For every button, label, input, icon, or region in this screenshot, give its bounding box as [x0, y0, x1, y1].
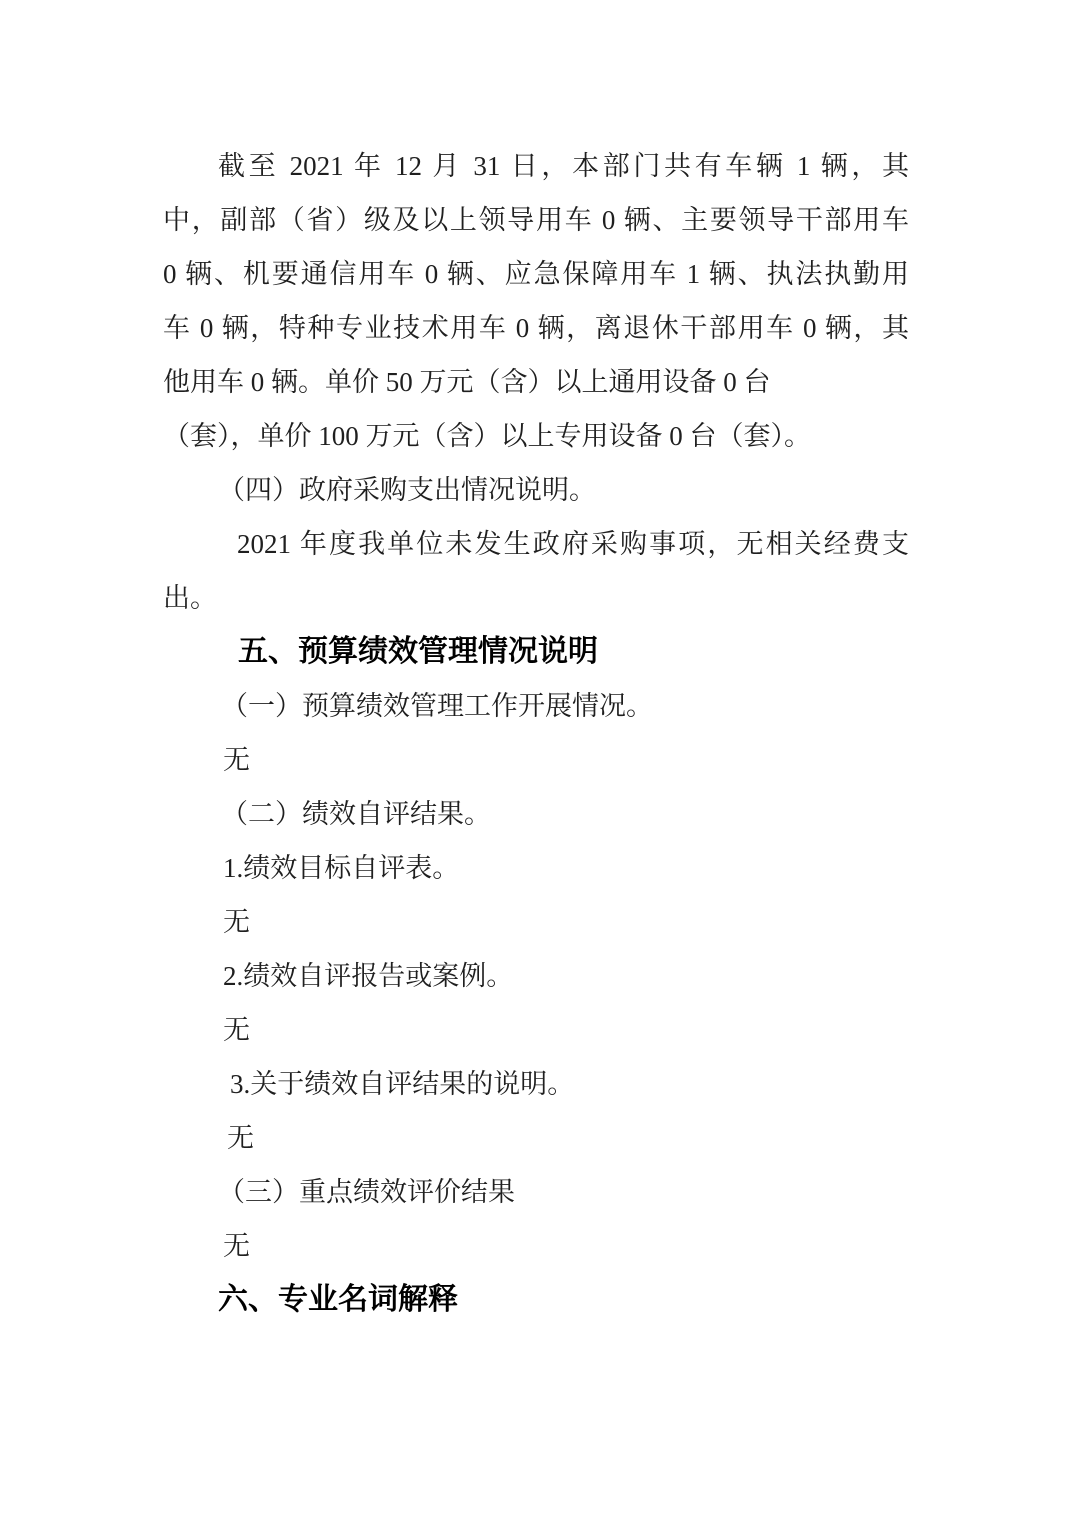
- value-none-line: 无: [163, 895, 909, 949]
- paragraph-line: 出。: [163, 571, 909, 625]
- paragraph-line: （套），单价 100 万元（含）以上专用设备 0 台（套）。: [163, 409, 909, 463]
- subsection-title-line: （三）重点绩效评价结果: [163, 1165, 909, 1219]
- value-none-line: 无: [163, 1003, 909, 1057]
- paragraph-line: 他用车 0 辆。单价 50 万元（含）以上通用设备 0 台: [163, 355, 909, 409]
- section-heading: 五、预算绩效管理情况说明: [163, 625, 909, 679]
- document-page: 截至 2021 年 12 月 31 日，本部门共有车辆 1 辆，其中，副部（省）…: [0, 0, 1075, 1521]
- paragraph-line: 0 辆、机要通信用车 0 辆、应急保障用车 1 辆、执法执勤用: [163, 247, 909, 301]
- section-heading: 六、专业名词解释: [163, 1273, 909, 1327]
- value-none-line: 无: [163, 733, 909, 787]
- subsection-title-line: （一）预算绩效管理工作开展情况。: [163, 679, 909, 733]
- subsection-title-line: （四）政府采购支出情况说明。: [163, 463, 909, 517]
- paragraph-line: 截至 2021 年 12 月 31 日，本部门共有车辆 1 辆，其: [163, 139, 909, 193]
- subsection-title-line: （二）绩效自评结果。: [163, 787, 909, 841]
- list-item-line: 3.关于绩效自评结果的说明。: [163, 1057, 909, 1111]
- paragraph-line: 中，副部（省）级及以上领导用车 0 辆、主要领导干部用车: [163, 193, 909, 247]
- list-item-line: 1.绩效目标自评表。: [163, 841, 909, 895]
- paragraph-line: 2021 年度我单位未发生政府采购事项，无相关经费支: [163, 517, 909, 571]
- value-none-line: 无: [163, 1219, 909, 1273]
- document-body: 截至 2021 年 12 月 31 日，本部门共有车辆 1 辆，其中，副部（省）…: [163, 139, 909, 1327]
- list-item-line: 2.绩效自评报告或案例。: [163, 949, 909, 1003]
- value-none-line: 无: [163, 1111, 909, 1165]
- paragraph-line: 车 0 辆，特种专业技术用车 0 辆，离退休干部用车 0 辆，其: [163, 301, 909, 355]
